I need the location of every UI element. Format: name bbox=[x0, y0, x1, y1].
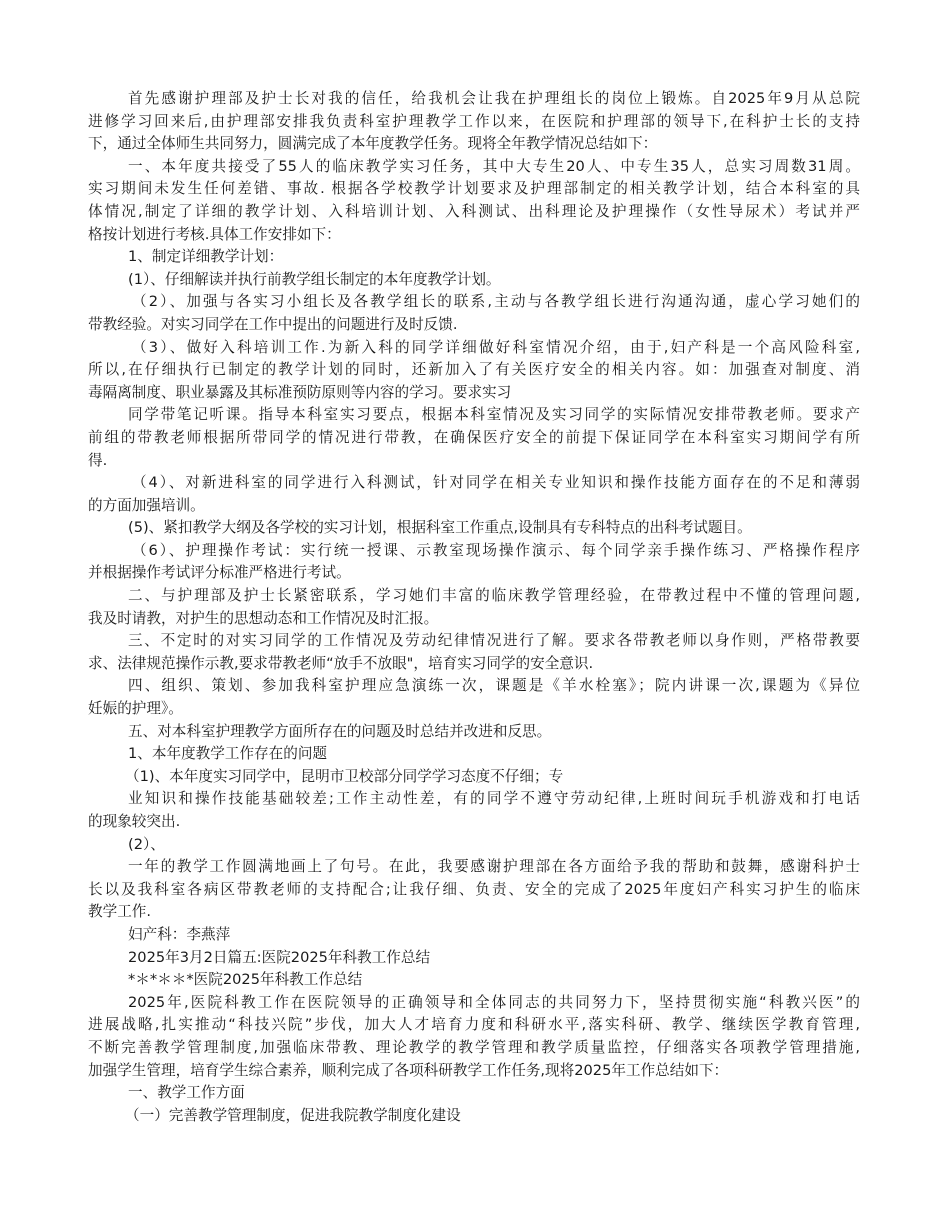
paragraph-line: 一年的教学工作圆满地画上了句号。在此，我要感谢护理部在各方面给予我的帮助和鼓舞，… bbox=[88, 856, 860, 879]
section-heading: 1、本年度教学工作存在的问题 bbox=[88, 743, 860, 766]
paragraph-line: 实习期间未发生任何差错、事故. 根据各学校教学计划要求及护理部制定的相关教学计划… bbox=[88, 178, 860, 201]
paragraph-line: 进展战略,扎实推动“科技兴院”步伐，加大人才培育力度和科研水平,落实科研、教学、… bbox=[88, 1014, 860, 1037]
paragraph-line: 加强学生管理，培育学生综合素养，顺利完成了各项科研教学工作任务,现将2025年工… bbox=[88, 1060, 860, 1083]
paragraph-line: 体情况,制定了详细的教学计划、入科培训计划、入科测试、出科理论及护理操作（女性导… bbox=[88, 201, 860, 224]
paragraph-line: 首先感谢护理部及护士长对我的信任，给我机会让我在护理组长的岗位上锻炼。自2025… bbox=[88, 88, 860, 111]
list-item: （4）、对新进科室的同学进行入科测试，针对同学在相关专业知识和操作技能方面存在的… bbox=[88, 472, 860, 495]
list-item: (2）、 bbox=[88, 834, 860, 857]
paragraph-line: 我及时请教，对护生的思想动态和工作情况及时汇报。 bbox=[88, 608, 860, 631]
paragraph-line: 求、法律规范操作示教,要求带教老师“放手不放眼"，培育实习同学的安全意识. bbox=[88, 653, 860, 676]
list-item: (1）、仔细解读并执行前教学组长制定的本年度教学计划。 bbox=[88, 269, 860, 292]
paragraph-line: 同学带笔记听课。指导本科室实习要点，根据本科室情况及实习同学的实际情况安排带教老… bbox=[88, 404, 860, 427]
paragraph-line: 进修学习回来后,由护理部安排我负责科室护理教学工作以来，在医院和护理部的领导下,… bbox=[88, 111, 860, 134]
paragraph-line: 2025年,医院科教工作在医院领导的正确领导和全体同志的共同努力下，坚持贯彻实施… bbox=[88, 992, 860, 1015]
paragraph-line: 的方面加强培训。 bbox=[88, 495, 860, 518]
list-item: (5)、紧扣教学大纲及各学校的实习计划，根据科室工作重点,设制具有专科特点的出科… bbox=[88, 517, 860, 540]
paragraph-line: 一、本年度共接受了55人的临床教学实习任务，其中大专生20人、中专生35人，总实… bbox=[88, 156, 860, 179]
date-and-next-title: 2025年3月2日篇五:医院2025年科教工作总结 bbox=[88, 947, 860, 970]
list-item: （3）、做好入科培训工作.为新入科的同学详细做好科室情况介绍，由于,妇产科是一个… bbox=[88, 337, 860, 360]
paragraph-line: 前组的带教老师根据所带同学的情况进行带教，在确保医疗安全的前提下保证同学在本科室… bbox=[88, 427, 860, 450]
signature: 妇产科：李燕萍 bbox=[88, 924, 860, 947]
section-heading: 1、制定详细教学计划： bbox=[88, 246, 860, 269]
paragraph-line: 的现象较突出. bbox=[88, 811, 860, 834]
paragraph-line: 业知识和操作技能基础较差;工作主动性差，有的同学不遵守劳动纪律,上班时间玩手机游… bbox=[88, 788, 860, 811]
paragraph-line: 并根据操作考试评分标准严格进行考试。 bbox=[88, 562, 860, 585]
section-paragraph: 五、对本科室护理教学方面所存在的问题及时总结并改进和反思。 bbox=[88, 721, 860, 744]
section-title: *＊*＊＊*医院2025年科教工作总结 bbox=[88, 969, 860, 992]
section-paragraph: 二、与护理部及护士长紧密联系，学习她们丰富的临床教学管理经验，在带教过程中不懂的… bbox=[88, 585, 860, 608]
document-page: 首先感谢护理部及护士长对我的信任，给我机会让我在护理组长的岗位上锻炼。自2025… bbox=[88, 88, 860, 1127]
paragraph-line: 妊娠的护理》。 bbox=[88, 698, 860, 721]
list-item: （1)、本年度实习同学中，昆明市卫校部分同学学习态度不仔细；专 bbox=[88, 766, 860, 789]
paragraph-line: 得. bbox=[88, 450, 860, 473]
paragraph-line: 不断完善教学管理制度,加强临床带教、理论教学的教学管理和教学质量监控，仔细落实各… bbox=[88, 1037, 860, 1060]
list-item: （6）、护理操作考试：实行统一授课、示教室现场操作演示、每个同学亲手操作练习、严… bbox=[88, 540, 860, 563]
section-paragraph: 三、不定时的对实习同学的工作情况及劳动纪律情况进行了解。要求各带教老师以身作则，… bbox=[88, 630, 860, 653]
section-heading: 一、教学工作方面 bbox=[88, 1082, 860, 1105]
paragraph-line: 格按计划进行考核.具体工作安排如下： bbox=[88, 224, 860, 247]
paragraph-line: 下，通过全体师生共同努力，圆满完成了本年度教学任务。现将全年教学情况总结如下： bbox=[88, 133, 860, 156]
paragraph-line: 毒隔离制度、职业暴露及其标准预防原则等内容的学习。要求实习 bbox=[88, 382, 860, 405]
paragraph-line: 所以,在仔细执行已制定的教学计划的同时，还新加入了有关医疗安全的相关内容。如：加… bbox=[88, 359, 860, 382]
list-item: （2）、加强与各实习小组长及各教学组长的联系,主动与各教学组长进行沟通沟通，虚心… bbox=[88, 291, 860, 314]
paragraph-line: 教学工作. bbox=[88, 901, 860, 924]
paragraph-line: 长以及我科室各病区带教老师的支持配合;让我仔细、负责、安全的完成了2025年度妇… bbox=[88, 879, 860, 902]
paragraph-line: 带教经验。对实习同学在工作中提出的问题进行及时反馈. bbox=[88, 314, 860, 337]
section-paragraph: 四、组织、策划、参加我科室护理应急演练一次，课题是《羊水栓塞》；院内讲课一次,课… bbox=[88, 675, 860, 698]
subsection-heading: （一）完善教学管理制度，促进我院教学制度化建设 bbox=[88, 1105, 860, 1128]
